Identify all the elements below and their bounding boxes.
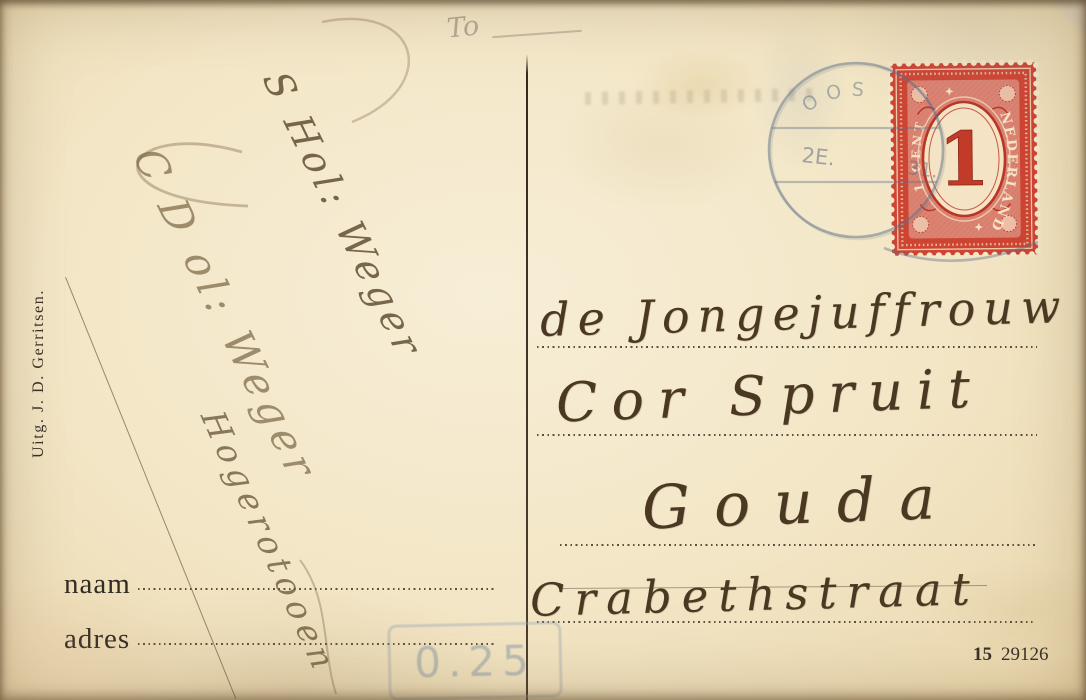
serial-number: 15 29126 [973, 644, 1049, 666]
pencil-note: To [445, 10, 480, 44]
recipient-city: Gouda [641, 462, 960, 543]
postmark-left-code: 2E. [800, 143, 836, 170]
serial-series: 15 [973, 644, 992, 666]
postmark-right-code: 31. [906, 157, 939, 183]
svg-text:OOS: OOS [798, 78, 873, 116]
divider-line [526, 54, 528, 700]
serial-value: 29126 [1001, 644, 1049, 666]
recipient-rule [560, 544, 1038, 546]
recipient-name: Cor Spruit [555, 357, 985, 435]
name-label: naam [64, 568, 131, 601]
recipient-rule [537, 346, 1037, 348]
postmark-arc [876, 232, 1046, 278]
recipient-name-prefix: de Jongejuffrouw [539, 279, 1069, 347]
price-mark: 0.25 [387, 621, 563, 700]
recipient-rule [537, 434, 1037, 436]
message-line: S Hol: Weger [253, 66, 432, 364]
postcard-back: Uitg. J. D. Gerritsen. To S Hol: Weger C… [0, 0, 1086, 700]
price-mark-value: 0.25 [414, 635, 537, 687]
pencil-note-dash [492, 30, 582, 38]
address-label: adres [64, 623, 130, 656]
postmark: OOS 2E. 31. [765, 52, 961, 252]
publisher-imprint: Uitg. J. D. Gerritsen. [30, 253, 48, 458]
recipient-street: Crabethstraat [529, 562, 980, 627]
postmark-town-letters: OOS [798, 78, 873, 116]
